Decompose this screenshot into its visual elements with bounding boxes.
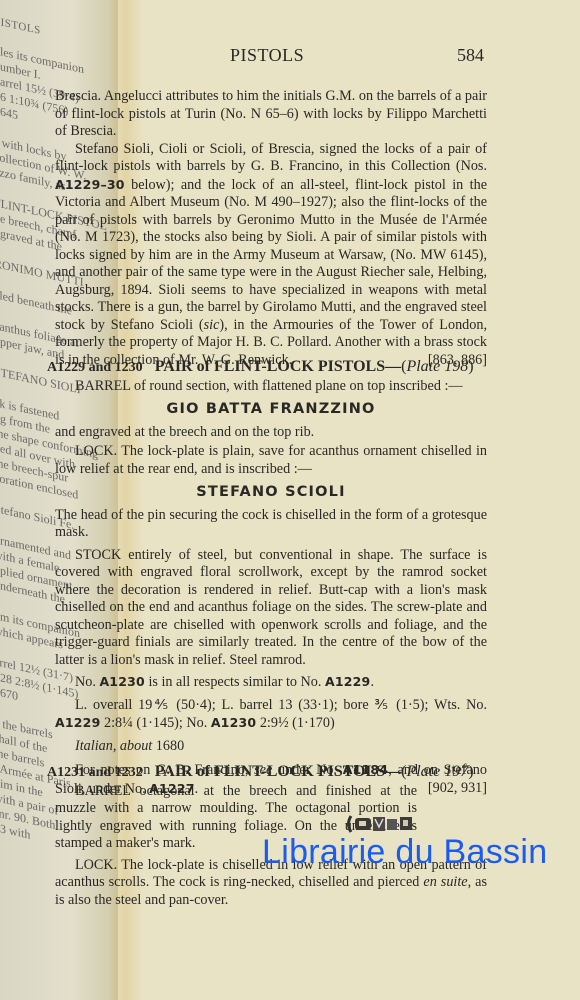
stock-description: STOCK entirely of steel, but conventiona… xyxy=(55,547,487,670)
similar-note: No. A1230 is in all respects similar to … xyxy=(55,673,487,692)
origin-date: Italian, about 1680 xyxy=(55,738,487,756)
plate-ref: Plate 198 xyxy=(406,358,468,375)
entry-heading: A1229 and 1230 PAIR of FLINT-LOCK PISTOL… xyxy=(47,358,487,377)
lock-inscription: STEFANO SCIOLI xyxy=(55,484,487,502)
barrel-description: BARREL of round section, with flattened … xyxy=(55,378,487,396)
intro-section: Brescia. Angelucci attributes to him the… xyxy=(55,88,487,369)
running-head: PISTOLS 584 xyxy=(55,47,487,71)
barrel-continuation: and engraved at the breech and on the to… xyxy=(55,424,487,442)
sioli-paragraph: Stefano Sioli, Cioli or Scioli, of Bresc… xyxy=(55,141,487,370)
barrel-inscription: GIO BATTA FRANZZINO xyxy=(55,401,487,419)
lock-continuation: The head of the pin securing the cock is… xyxy=(55,507,487,542)
dimensions: L. overall 19⅘ (50·4); L. barrel 13 (33·… xyxy=(55,697,487,733)
intro-paragraph: Brescia. Angelucci attributes to him the… xyxy=(55,88,487,141)
seller-watermark: Librairie du Bassin xyxy=(262,834,547,870)
entry-heading: A1231 and 1232 PAIR of FLINT-LOCK PISTOL… xyxy=(47,763,487,782)
catalog-entry-a1229: A1229 and 1230 PAIR of FLINT-LOCK PISTOL… xyxy=(55,358,487,798)
catalog-ref: A1229–30 xyxy=(55,177,125,192)
page-number: 584 xyxy=(457,47,484,65)
running-title: PISTOLS xyxy=(230,47,304,65)
lock-description: LOCK. The lock-plate is plain, save for … xyxy=(55,443,487,478)
makers-mark-icon xyxy=(345,813,417,835)
plate-ref: Plate 197 xyxy=(406,763,468,780)
